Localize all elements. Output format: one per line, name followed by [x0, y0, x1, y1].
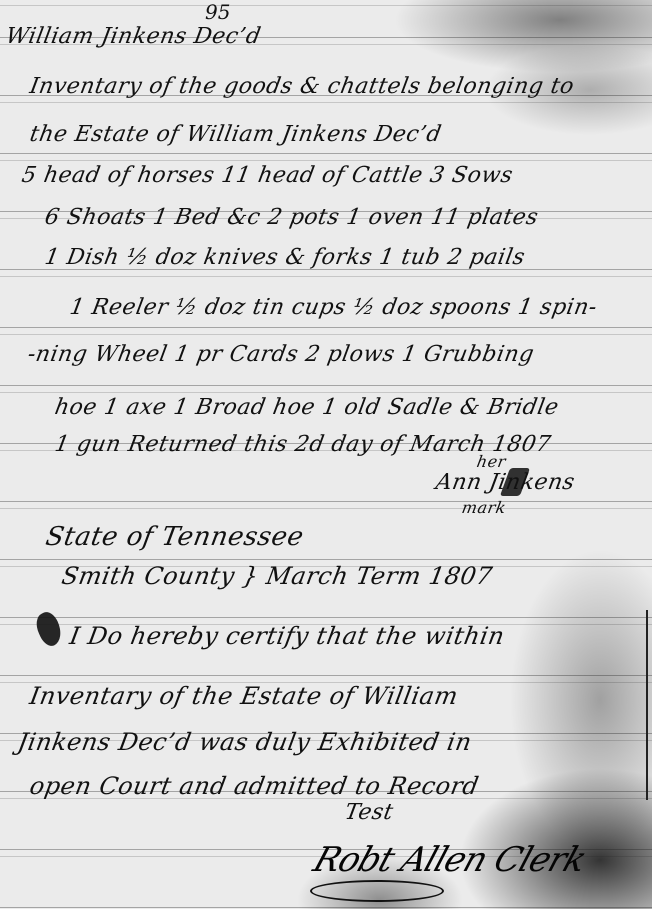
- inventory-line: 6 Shoats 1 Bed &c 2 pots 1 oven 11 plate…: [43, 205, 540, 230]
- margin-rule: [646, 610, 648, 800]
- document-page: 95 William Jinkens Dec’d Inventary of th…: [0, 0, 652, 909]
- test-label: Test: [343, 800, 396, 825]
- mark-signature-name: Ann Jinkens: [434, 470, 577, 495]
- mark-her-label: her: [475, 452, 507, 471]
- certification-state: State of Tennessee: [43, 522, 306, 552]
- inventory-line: hoe 1 axe 1 Broad hoe 1 old Sadle & Brid…: [53, 395, 561, 420]
- certification-body-line: Inventary of the Estate of William: [28, 682, 461, 710]
- document-header: William Jinkens Dec’d: [4, 24, 263, 49]
- page-number: 95: [205, 0, 230, 24]
- inventory-line: 1 Dish ½ doz knives & forks 1 tub 2 pail…: [43, 245, 527, 270]
- certification-body-line: open Court and admitted to Record: [28, 772, 482, 800]
- certification-body-line: I Do hereby certify that the within: [68, 622, 507, 650]
- clerk-signature: Robt Allen Clerk: [309, 840, 591, 880]
- signature-flourish-icon: [310, 880, 444, 902]
- inventory-line: 1 Reeler ½ doz tin cups ½ doz spoons 1 s…: [68, 295, 599, 320]
- title-line-2: the Estate of William Jinkens Dec’d: [28, 122, 444, 147]
- certification-county-term: Smith County } March Term 1807: [60, 562, 495, 590]
- inventory-line: 5 head of horses 11 head of Cattle 3 Sow…: [20, 163, 515, 188]
- title-line-1: Inventary of the goods & chattels belong…: [28, 74, 576, 99]
- certification-body-line: Jinkens Dec’d was duly Exhibited in: [16, 728, 475, 756]
- inventory-line: -ning Wheel 1 pr Cards 2 plows 1 Grubbin…: [26, 342, 536, 367]
- mark-label: mark: [460, 498, 507, 517]
